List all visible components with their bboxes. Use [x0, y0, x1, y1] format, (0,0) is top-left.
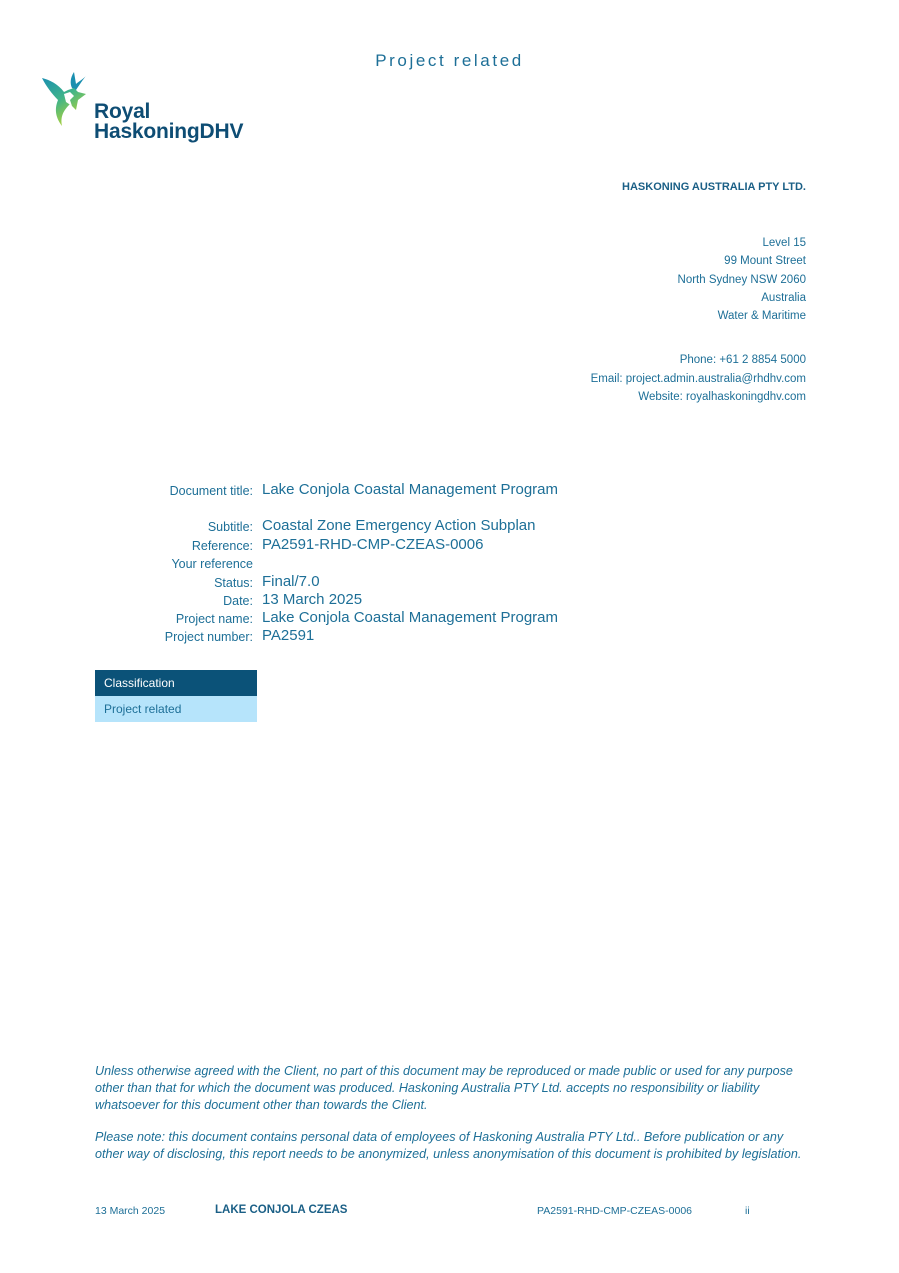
meta-value: Lake Conjola Coastal Management Program — [262, 481, 558, 498]
meta-row-reference: Reference: PA2591-RHD-CMP-CZEAS-0006 — [0, 535, 899, 555]
meta-value: Lake Conjola Coastal Management Program — [262, 609, 558, 626]
page-footer: 13 March 2025 LAKE CONJOLA CZEAS PA2591-… — [0, 1204, 899, 1220]
meta-label: Your reference — [171, 557, 253, 571]
logo-wordmark: Royal HaskoningDHV — [94, 102, 243, 142]
email: Email: project.admin.australia@rhdhv.com — [591, 370, 806, 389]
meta-value: Final/7.0 — [262, 573, 320, 590]
company-contact: Phone: +61 2 8854 5000 Email: project.ad… — [591, 351, 806, 407]
company-address: Level 15 99 Mount Street North Sydney NS… — [678, 234, 806, 325]
meta-label: Project number: — [165, 630, 253, 644]
meta-row-your-reference: Your reference — [0, 553, 899, 573]
classification-table: Classification Project related — [95, 670, 257, 722]
logo-line-1: Royal — [94, 102, 243, 122]
meta-value: Coastal Zone Emergency Action Subplan — [262, 517, 536, 534]
company-name: HASKONING AUSTRALIA PTY LTD. — [622, 181, 806, 193]
meta-row-document-title: Document title: Lake Conjola Coastal Man… — [0, 480, 899, 500]
meta-row-status: Status: Final/7.0 — [0, 572, 899, 592]
disclaimer-personal-data: Please note: this document contains pers… — [95, 1129, 815, 1163]
address-line: 99 Mount Street — [678, 252, 806, 270]
meta-row-date: Date: 13 March 2025 — [0, 590, 899, 610]
address-line: Level 15 — [678, 234, 806, 252]
website: Website: royalhaskoningdhv.com — [591, 388, 806, 407]
meta-label: Subtitle: — [208, 520, 253, 534]
classification-header: Classification — [95, 670, 257, 696]
address-line: North Sydney NSW 2060 — [678, 271, 806, 289]
meta-label: Date: — [223, 594, 253, 608]
disclaimer-reproduction: Unless otherwise agreed with the Client,… — [95, 1063, 815, 1113]
meta-value: PA2591 — [262, 627, 314, 644]
footer-date: 13 March 2025 — [95, 1205, 165, 1217]
meta-row-project-number: Project number: PA2591 — [0, 626, 899, 646]
footer-page-number: ii — [745, 1205, 750, 1217]
address-line: Australia — [678, 289, 806, 307]
company-logo: Royal HaskoningDHV — [40, 70, 260, 150]
logo-line-2: HaskoningDHV — [94, 122, 243, 142]
meta-label: Document title: — [170, 484, 253, 498]
classification-value: Project related — [95, 696, 257, 722]
star-logo-icon — [40, 70, 100, 130]
meta-row-subtitle: Subtitle: Coastal Zone Emergency Action … — [0, 516, 899, 536]
meta-label: Project name: — [176, 612, 253, 626]
footer-title: LAKE CONJOLA CZEAS — [215, 1204, 347, 1216]
meta-label: Status: — [214, 576, 253, 590]
meta-value: PA2591-RHD-CMP-CZEAS-0006 — [262, 536, 483, 553]
address-line: Water & Maritime — [678, 307, 806, 325]
meta-value: 13 March 2025 — [262, 591, 362, 608]
phone: Phone: +61 2 8854 5000 — [591, 351, 806, 370]
classification-banner: Project related — [0, 51, 899, 71]
footer-reference: PA2591-RHD-CMP-CZEAS-0006 — [537, 1205, 692, 1217]
meta-row-project-name: Project name: Lake Conjola Coastal Manag… — [0, 608, 899, 628]
meta-label: Reference: — [192, 539, 253, 553]
